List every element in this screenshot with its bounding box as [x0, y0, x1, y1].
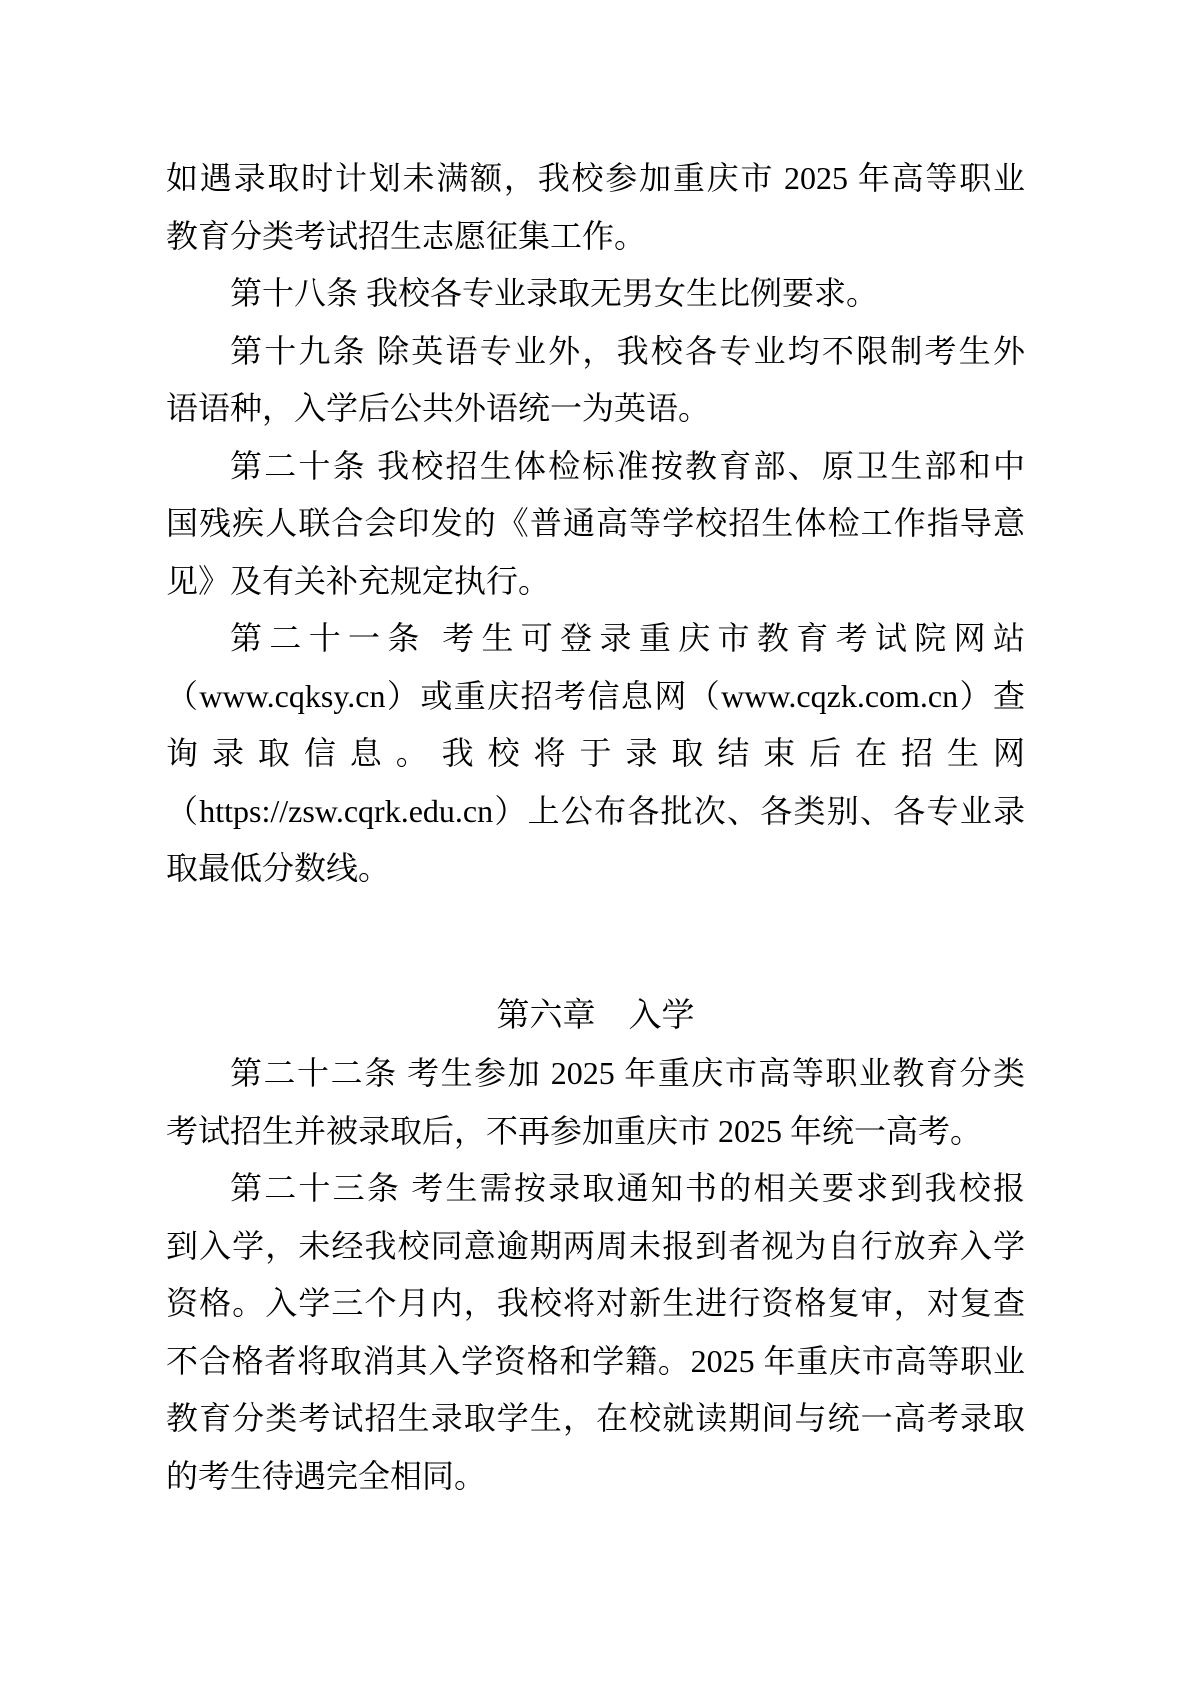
document-line: 国残疾人联合会印发的《普通高等学校招生体检工作指导意 [166, 495, 1025, 553]
document-body: 如遇录取时计划未满额，我校参加重庆市 2025 年高等职业 教育分类考试招生志愿… [166, 150, 1025, 1505]
document-line-url-zsw: （https://zsw.cqrk.edu.cn）上公布各批次、各类别、各专业录 [166, 783, 1025, 841]
document-line: 如遇录取时计划未满额，我校参加重庆市 2025 年高等职业 [166, 150, 1025, 208]
document-line-article-18: 第十八条 我校各专业录取无男女生比例要求。 [166, 265, 1025, 323]
document-line: 教育分类考试招生录取学生，在校就读期间与统一高考录取 [166, 1390, 1025, 1448]
document-line-article-20: 第二十条 我校招生体检标准按教育部、原卫生部和中 [166, 438, 1025, 496]
document-line: 资格。入学三个月内，我校将对新生进行资格复审，对复查 [166, 1275, 1025, 1333]
document-line-article-21: 第二十一条 考生可登录重庆市教育考试院网站 [166, 610, 1025, 668]
document-line: 见》及有关补充规定执行。 [166, 553, 1025, 611]
document-line-article-22: 第二十二条 考生参加 2025 年重庆市高等职业教育分类 [166, 1045, 1025, 1103]
document-line: 取最低分数线。 [166, 840, 1025, 898]
document-line: 考试招生并被录取后，不再参加重庆市 2025 年统一高考。 [166, 1103, 1025, 1161]
chapter-heading: 第六章 入学 [166, 988, 1025, 1046]
document-line: 不合格者将取消其入学资格和学籍。2025 年重庆市高等职业 [166, 1333, 1025, 1391]
document-line: 教育分类考试招生志愿征集工作。 [166, 208, 1025, 266]
document-line: 询录取信息。我校将于录取结束后在招生网 [166, 725, 1025, 783]
document-line: 的考生待遇完全相同。 [166, 1448, 1025, 1506]
document-line-url-cqksy: （www.cqksy.cn）或重庆招考信息网（www.cqzk.com.cn）查 [166, 668, 1025, 726]
document-line: 语语种，入学后公共外语统一为英语。 [166, 380, 1025, 438]
document-page: 如遇录取时计划未满额，我校参加重庆市 2025 年高等职业 教育分类考试招生志愿… [0, 0, 1191, 1684]
document-line-article-19: 第十九条 除英语专业外，我校各专业均不限制考生外 [166, 323, 1025, 381]
document-line: 到入学，未经我校同意逾期两周未报到者视为自行放弃入学 [166, 1218, 1025, 1276]
document-line-article-23: 第二十三条 考生需按录取通知书的相关要求到我校报 [166, 1160, 1025, 1218]
